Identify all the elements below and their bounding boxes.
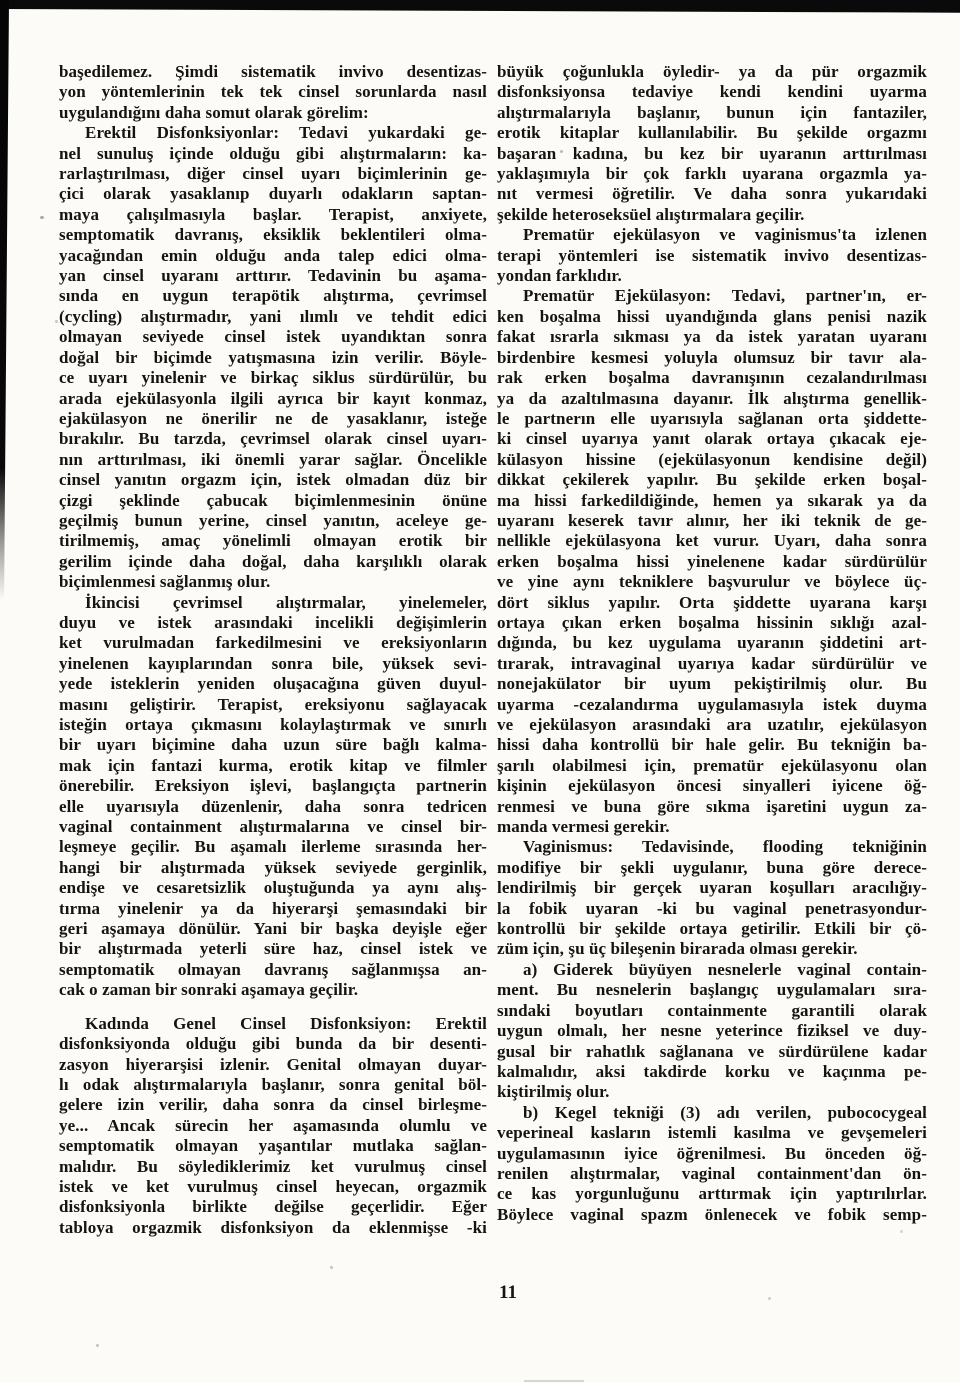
text-line: ortaya çıkan erken boşalma hissinin sıkl… bbox=[497, 613, 927, 633]
text-line: hangi bir alıştırmada yüksek seviyede ge… bbox=[59, 858, 487, 878]
text-line: rak erken boşalma davranışının cezalandı… bbox=[497, 368, 927, 388]
text-line: fakat ısrarla sıkması ya da istek yarata… bbox=[497, 327, 927, 347]
text-line: nonejakülator bir uyum pekiştirilmiş olu… bbox=[497, 674, 927, 694]
paragraph: büyük çoğunlukla öyledir- ya da pür orga… bbox=[497, 62, 927, 225]
text-line: arada ejekülasyonla ilgili ayrıca bir ka… bbox=[59, 389, 487, 409]
scan-speck bbox=[55, 320, 58, 323]
text-line: Erektil Disfonksiyonlar: Tedavi yukardak… bbox=[59, 123, 487, 143]
text-line: ma hissi farkedildiğinde, hemen ya sıkar… bbox=[497, 491, 927, 511]
paragraph: İkincisi çevrimsel alıştırmalar, yinelem… bbox=[59, 593, 487, 1001]
text-line: başedilemez. Şimdi sistematik invivo des… bbox=[59, 62, 487, 82]
text-line: Vaginismus: Tedavisinde, flooding tekniğ… bbox=[497, 837, 927, 857]
text-line: malıdır. Bu söylediklerimiz ket vurulmuş… bbox=[59, 1157, 487, 1177]
scan-edge-artifact-left bbox=[0, 0, 9, 600]
text-line: ejakülasyon ne önerilir ne de yasaklanır… bbox=[59, 409, 487, 429]
text-line: semptomatik olmayan yaşantılar mutlaka s… bbox=[59, 1136, 487, 1156]
text-line: erotik kitaplar kullanılabilir. Bu şekil… bbox=[497, 123, 927, 143]
text-line: le partnerın elle uyarısıyla sağlanan or… bbox=[497, 409, 927, 429]
paragraph: Erektil Disfonksiyonlar: Tedavi yukardak… bbox=[59, 123, 487, 592]
text-line: kalmalıdır, aksi takdirde korku ve kaçın… bbox=[497, 1062, 927, 1082]
text-line: ket vurulmadan farkedilmesini ve ereksiy… bbox=[59, 633, 487, 653]
text-line: hissi daha kontrollü bir hale gelir. Bu … bbox=[497, 735, 927, 755]
text-line: ve yine aynı tekniklere başvurulur ve bö… bbox=[497, 572, 927, 592]
text-line: gelere izin verilir, daha sonra da cinse… bbox=[59, 1095, 487, 1115]
paragraph: a) Giderek büyüyen nesnelerle vaginal co… bbox=[497, 960, 927, 1103]
text-line: lendirilmiş bir gerçek uyaran koşulları … bbox=[497, 878, 927, 898]
paragraph: Vaginismus: Tedavisinde, flooding tekniğ… bbox=[497, 837, 927, 959]
text-line: geçilmiş bunun yerine, cinsel yanıtın, a… bbox=[59, 511, 487, 531]
text-line: yaklaşımıyla bir çok farklı uyarana orga… bbox=[497, 164, 927, 184]
text-line: geri aşamaya dönülür. Yani bir başka dey… bbox=[59, 919, 487, 939]
paragraph: b) Kegel tekniği (3) adı verilen, puboco… bbox=[497, 1103, 927, 1225]
text-line: uyaranı keserek tavır alınır, her iki te… bbox=[497, 511, 927, 531]
text-line: mak için fantazi kurma, erotik kitap ve … bbox=[59, 756, 487, 776]
text-line: renmesi ve buna göre sıkma işaretini uyg… bbox=[497, 797, 927, 817]
text-line: uyarma -cezalandırma uygulamasıyla istek… bbox=[497, 695, 927, 715]
text-line: semptomatik olmayan davranış sağlanmışsa… bbox=[59, 960, 487, 980]
text-line: ki cinsel uyarıya yanıt olarak ortaya çı… bbox=[497, 429, 927, 449]
text-line: Prematür ejekülasyon ve vaginismus'ta iz… bbox=[497, 225, 927, 245]
text-line: tırarak, intravaginal uyarıya kadar sürd… bbox=[497, 654, 927, 674]
text-line: şekilde heteroseksüel alıştırmalara geçi… bbox=[497, 205, 927, 225]
text-line: (cycling) alıştırmadır, yani ılımlı ve t… bbox=[59, 307, 487, 327]
text-line: tabloya orgazmik disfonksiyon da eklenmi… bbox=[59, 1218, 487, 1238]
text-line: birdenbire kesmesi yoluyla olumsuz bir t… bbox=[497, 348, 927, 368]
page-number: 11 bbox=[488, 1282, 528, 1304]
scan-speck bbox=[40, 216, 44, 219]
text-line: kontrollü bir şekilde ortaya getirilir. … bbox=[497, 919, 927, 939]
text-line: vaginal containment alıştırmalarına ve c… bbox=[59, 817, 487, 837]
text-line: kiştirilmiş olur. bbox=[497, 1082, 927, 1102]
text-line: şarılı olabilmesi için, prematür ejeküla… bbox=[497, 756, 927, 776]
text-line: b) Kegel tekniği (3) adı verilen, puboco… bbox=[497, 1103, 927, 1123]
text-line: başaran kadına, bu kez bir uyaranın artt… bbox=[497, 144, 927, 164]
text-line: uygulandığını daha somut olarak görelim: bbox=[59, 103, 487, 123]
scan-speck bbox=[524, 1380, 584, 1382]
text-line: doğal bir biçimde yatışmasına izin veril… bbox=[59, 348, 487, 368]
text-line: bırakılır. Bu tarzda, çevrimsel olarak c… bbox=[59, 429, 487, 449]
text-line: lı odak alıştırmalarıyla başlanır, sonra… bbox=[59, 1075, 487, 1095]
text-line: zasyon hiyerarşisi izlenir. Genital olma… bbox=[59, 1055, 487, 1075]
text-line: gusal bir rahatlık sağlanana ve sürdürül… bbox=[497, 1042, 927, 1062]
text-line: dört siklus yapılır. Orta şiddette uyara… bbox=[497, 593, 927, 613]
paragraph: Prematür ejekülasyon ve vaginismus'ta iz… bbox=[497, 225, 927, 286]
text-line: veperineal kasların istemli kasılma ve g… bbox=[497, 1123, 927, 1143]
text-line: bir uyarı biçimine daha uzun süre bağlı … bbox=[59, 735, 487, 755]
text-line: biçimlenmesi sağlanmış olur. bbox=[59, 572, 487, 592]
text-line: disfonksiyonda olduğu gibi bunda da bir … bbox=[59, 1034, 487, 1054]
text-line: dikkat çekilerek yapılır. Bu şekilde erk… bbox=[497, 470, 927, 490]
text-line: ye... Ancak sürecin her aşamasında oluml… bbox=[59, 1116, 487, 1136]
text-line: yacağından emin olduğu anda talep edici … bbox=[59, 246, 487, 266]
text-line: Böylece vaginal spazm önlenecek ve fobik… bbox=[497, 1205, 927, 1225]
text-line: yede isteklerin yeniden oluşacağına güve… bbox=[59, 674, 487, 694]
text-line: önerebilir. Ereksiyon işlevi, başlangıçt… bbox=[59, 776, 487, 796]
text-line: modifiye bir şekli uygulanır, buna göre … bbox=[497, 858, 927, 878]
scan-edge-artifact-top bbox=[0, 0, 960, 13]
paragraph: Kadında Genel Cinsel Disfonksiyon: Erekt… bbox=[59, 1014, 487, 1238]
text-line: ya da azaltılmasına dayanır. İlk alıştır… bbox=[497, 389, 927, 409]
text-column-right: büyük çoğunlukla öyledir- ya da pür orga… bbox=[497, 62, 927, 1225]
text-line: yondan farklıdır. bbox=[497, 266, 927, 286]
text-line: uygulamasının iyice öğrenilmesi. Bu önce… bbox=[497, 1144, 927, 1164]
text-line: olmayan seviyede cinsel istek uyandıktan… bbox=[59, 327, 487, 347]
text-line: büyük çoğunlukla öyledir- ya da pür orga… bbox=[497, 62, 927, 82]
text-line: dığında, bu kez uygulama uyaranın şiddet… bbox=[497, 633, 927, 653]
text-line: a) Giderek büyüyen nesnelerle vaginal co… bbox=[497, 960, 927, 980]
text-line: ve ejekülasyon arasındaki ara uzatılır, … bbox=[497, 715, 927, 735]
paragraph: Prematür Ejekülasyon: Tedavi, partner'ın… bbox=[497, 286, 927, 837]
paragraph: başedilemez. Şimdi sistematik invivo des… bbox=[59, 62, 487, 123]
text-line: disfonksiyonsa tedaviye kendi kendini uy… bbox=[497, 82, 927, 102]
text-line: kişinin ejekülasyon öncesi sinyalleri iy… bbox=[497, 776, 927, 796]
scanned-book-page: başedilemez. Şimdi sistematik invivo des… bbox=[0, 0, 960, 1383]
text-line: İkincisi çevrimsel alıştırmalar, yinelem… bbox=[59, 593, 487, 613]
text-line: sında en uygun terapötik alıştırma, çevr… bbox=[59, 286, 487, 306]
text-line: ce kas yorgunluğunu arttırmak için yaptı… bbox=[497, 1184, 927, 1204]
text-line: Prematür Ejekülasyon: Tedavi, partner'ın… bbox=[497, 286, 927, 306]
text-line: elle uyarısıyla düzenlenir, daha sonra t… bbox=[59, 797, 487, 817]
text-line: erken boşalma hissi yinelenene kadar sür… bbox=[497, 552, 927, 572]
text-line: leşmeye geçilir. Bu aşamalı ilerleme sır… bbox=[59, 837, 487, 857]
text-line: yan cinsel uyaranı arttırır. Tedavinin b… bbox=[59, 266, 487, 286]
text-line: endişe ve cesaretsizlik oluştuğunda ya a… bbox=[59, 878, 487, 898]
text-line: maya çalışılmasıyla başlar. Terapist, an… bbox=[59, 205, 487, 225]
text-line: duyu ve istek arasındaki incelikli değiş… bbox=[59, 613, 487, 633]
text-line: çici olarak yasaklanıp duyarlı odakların… bbox=[59, 184, 487, 204]
text-line: renilen alıştırmalar, vaginal containmen… bbox=[497, 1164, 927, 1184]
text-line: züm için, şu üç bileşenin birarada olmas… bbox=[497, 939, 927, 959]
text-line: nıt vermesi öğretilir. Ve daha sonra yuk… bbox=[497, 184, 927, 204]
text-line: alıştırmalarıyla başlanır, bunun için fa… bbox=[497, 103, 927, 123]
text-line: yon yöntemlerinin tek tek cinsel sorunla… bbox=[59, 82, 487, 102]
text-line: ken boşalma hissi uyandığında glans peni… bbox=[497, 307, 927, 327]
scan-speck bbox=[96, 1344, 99, 1347]
text-line: istek ve ket vurulmuş cinsel heyecan, or… bbox=[59, 1177, 487, 1197]
text-line: yinelenen kayıplarından sonra bile, yüks… bbox=[59, 654, 487, 674]
text-line: masını geliştirir. Terapist, ereksiyonu … bbox=[59, 695, 487, 715]
text-line: la fobik uyaran -ki bu vaginal penetrasy… bbox=[497, 899, 927, 919]
text-line: uygun olmalı, her nesne yeterince fiziks… bbox=[497, 1021, 927, 1041]
text-line: isteğin ortaya çıkmasını kolaylaştırmak … bbox=[59, 715, 487, 735]
text-line: disfonksiyonla birlikte değilse geçerlid… bbox=[59, 1197, 487, 1217]
text-line: bir alıştırmada yeterli süre haz, cinsel… bbox=[59, 939, 487, 959]
text-line: gerilim içinde daha doğal, daha karşılık… bbox=[59, 552, 487, 572]
text-line: tırma yinelenir ya da hiyerarşi şemasınd… bbox=[59, 899, 487, 919]
scan-speck bbox=[900, 1230, 903, 1233]
text-line: Kadında Genel Cinsel Disfonksiyon: Erekt… bbox=[59, 1014, 487, 1034]
text-line: ce uyarı yinelenir ve birkaç siklus sürd… bbox=[59, 368, 487, 388]
text-line: nın arttırılması, iki önemli yarar sağla… bbox=[59, 450, 487, 470]
text-line: tirilmemiş, amaç yönelimli olmayan eroti… bbox=[59, 531, 487, 551]
text-line: külasyon hissine (ejekülasyonun kendisin… bbox=[497, 450, 927, 470]
text-line: manda vermesi gerekir. bbox=[497, 817, 927, 837]
text-column-left: başedilemez. Şimdi sistematik invivo des… bbox=[59, 62, 487, 1238]
text-line: sındaki boyutları containmente garantili… bbox=[497, 1001, 927, 1021]
scan-speck bbox=[768, 1297, 771, 1300]
text-line: nellikle ejekülasyona ket vurur. Uyarı, … bbox=[497, 531, 927, 551]
scan-speck bbox=[330, 1266, 333, 1269]
text-line: cinsel yanıtın orgazm için, istek olmada… bbox=[59, 470, 487, 490]
text-line: terapi yöntemleri ise sistematik invivo … bbox=[497, 246, 927, 266]
text-line: semptomatik davranış, eksiklik beklentil… bbox=[59, 225, 487, 245]
text-line: çizgi şeklinde çabucak biçimlenmesinin ö… bbox=[59, 491, 487, 511]
text-line: cak o zaman bir sonraki aşamaya geçilir. bbox=[59, 980, 487, 1000]
text-line: rarlaştırılması, diğer cinsel uyarı biçi… bbox=[59, 164, 487, 184]
text-line: nel sunuluş içinde olduğu gibi alıştırma… bbox=[59, 144, 487, 164]
text-line: ment. Bu nesnelerin başlangıç uygulamala… bbox=[497, 980, 927, 1000]
